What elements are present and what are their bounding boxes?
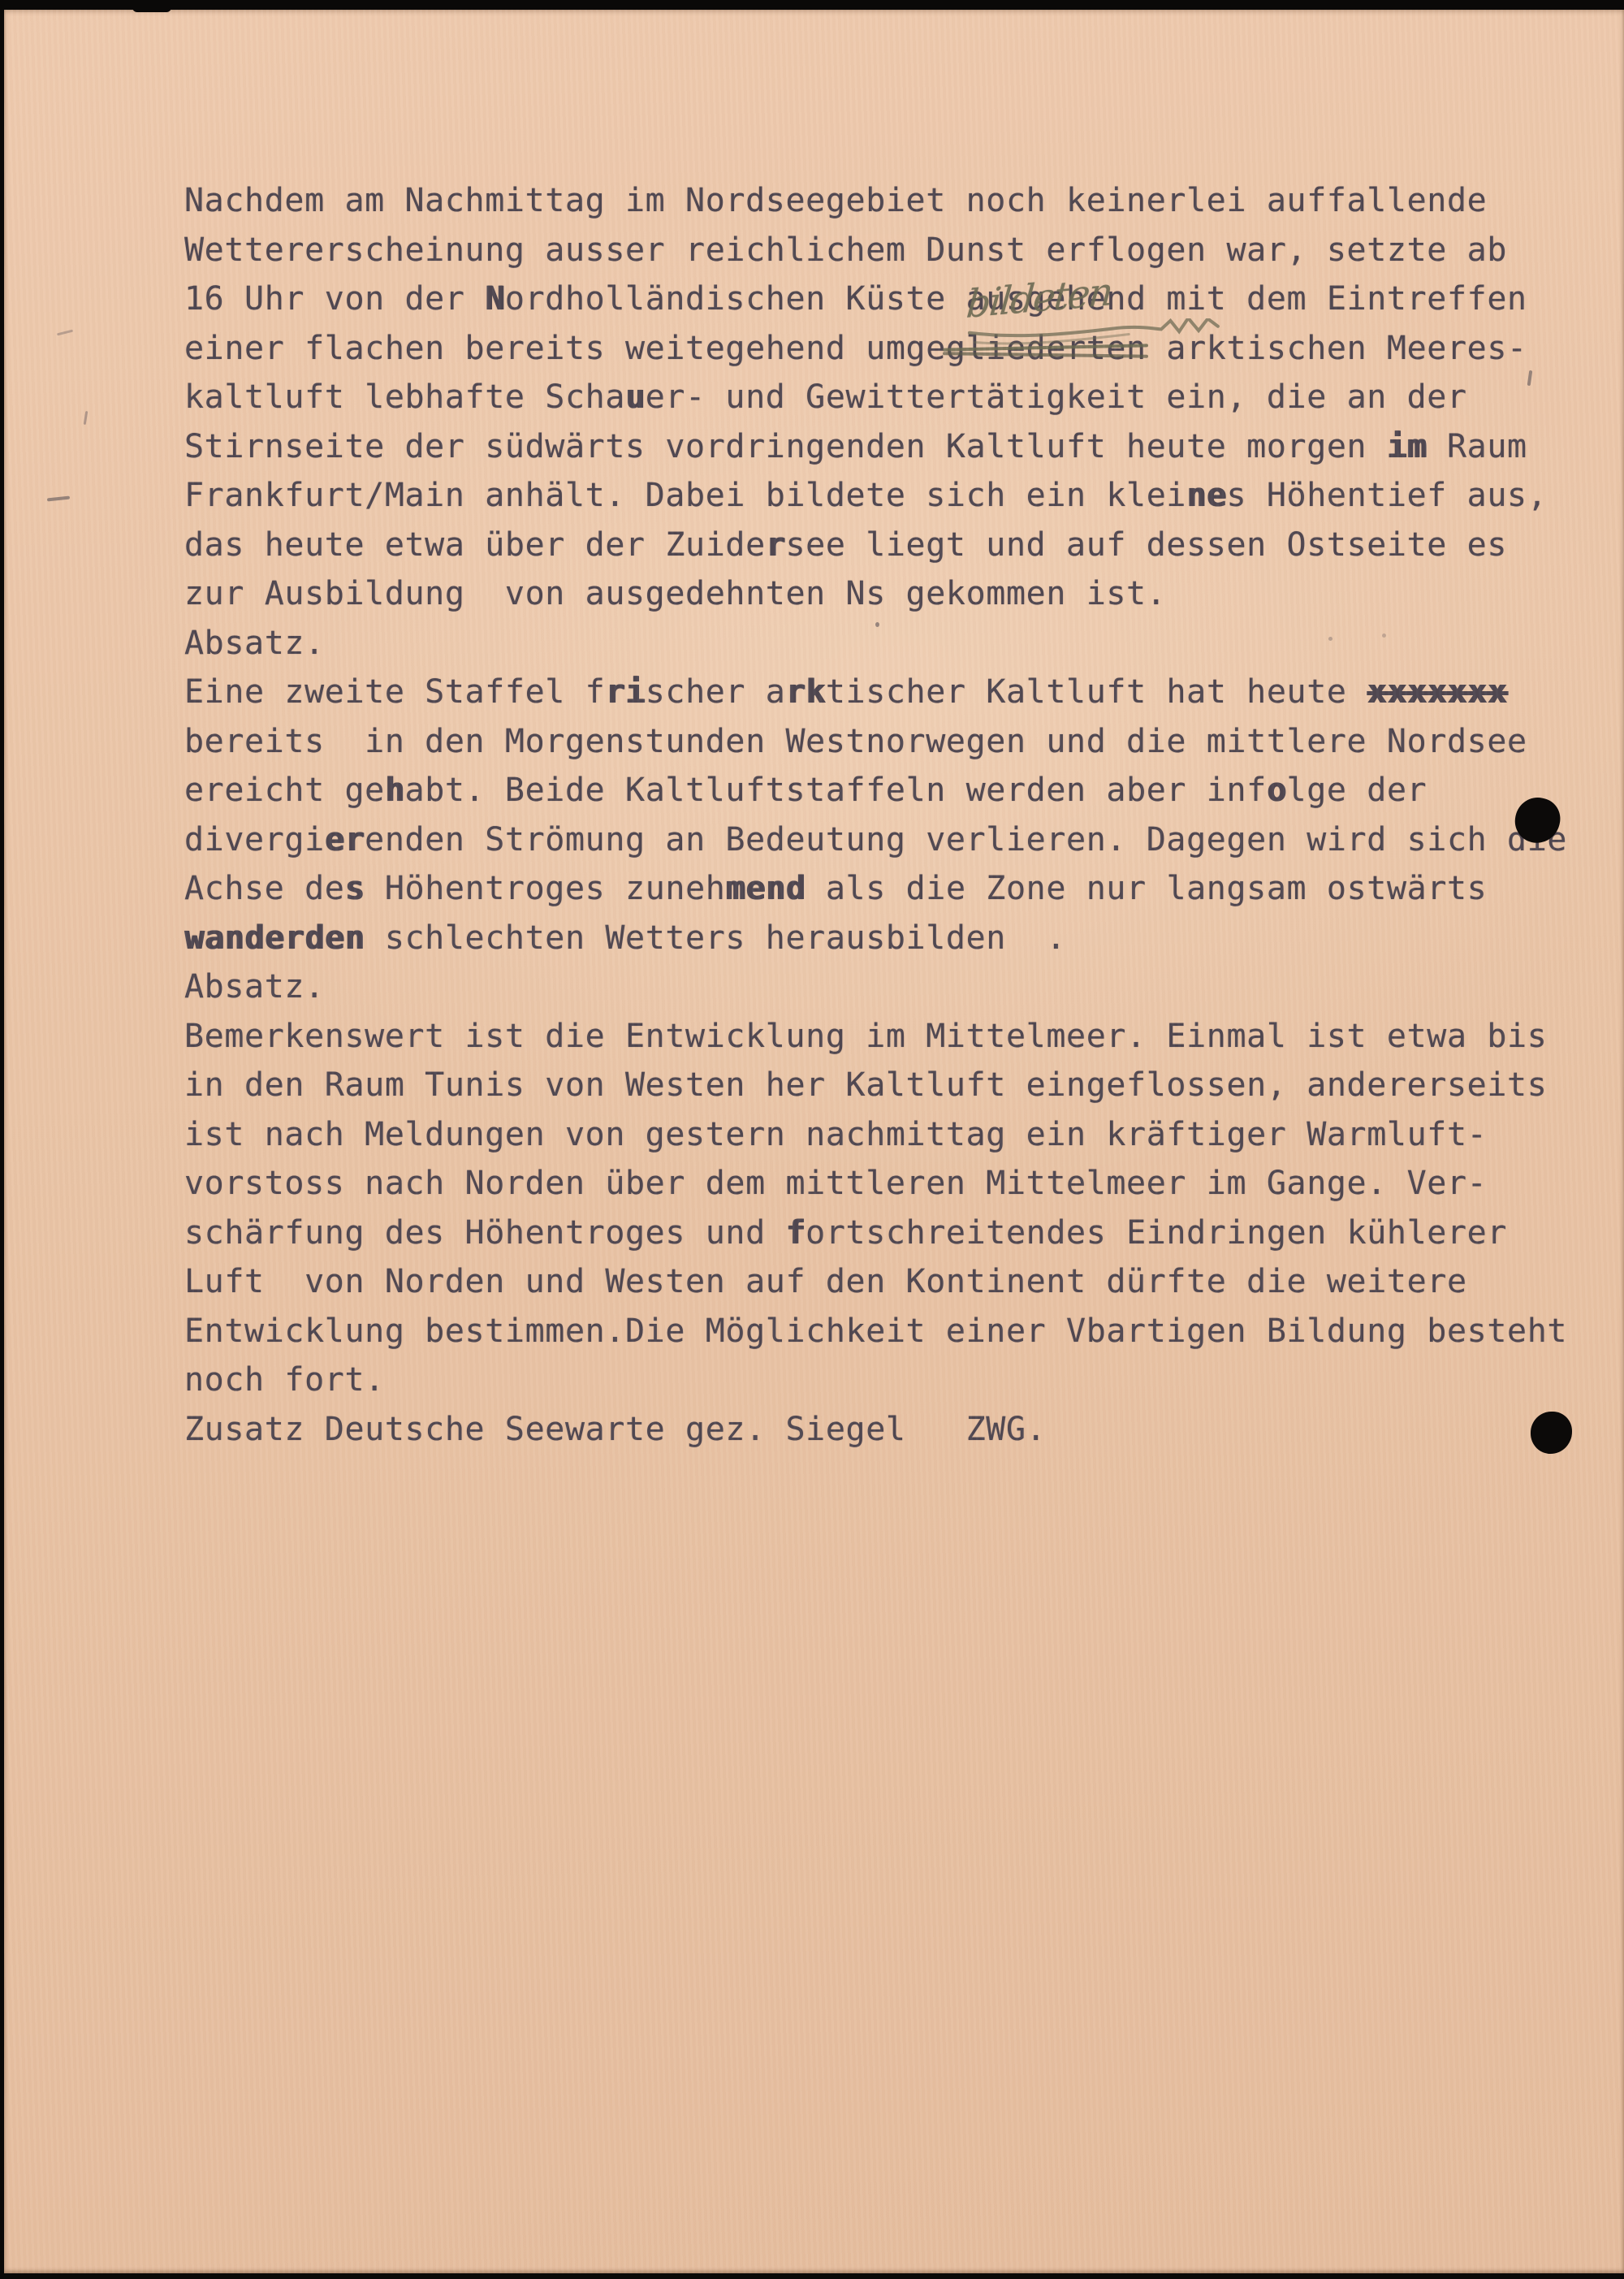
text-line: vorstoss nach Norden über dem mittleren … [184,1159,1581,1209]
typed-text: Absatz. [184,625,325,662]
typed-text: Bemerkenswert ist die Entwicklung im Mit… [184,1018,1547,1055]
typed-text: vorstoss nach Norden über dem mittleren … [184,1165,1487,1202]
text-line: noch fort. [184,1356,1581,1405]
overstruck-text: s [344,870,365,907]
paper-sheet: Nachdem am Nachmittag im Nordseegebiet n… [4,10,1624,2273]
scan-edge-artifact [132,0,171,12]
text-line: Entwicklung bestimmen.Die Möglichkeit ei… [184,1307,1581,1356]
typed-text: lge der [1287,772,1427,809]
typed-text: Entwicklung bestimmen.Die Möglichkeit ei… [184,1312,1567,1350]
text-line: 16 Uhr von der Nordholländischen Küste a… [184,275,1581,324]
text-line: divergierenden Strömung an Bedeutung ver… [184,815,1581,865]
typed-text: Eine zweite Staffel f [184,673,605,711]
typed-text: s Höhentief aus, [1226,477,1547,514]
typed-text: divergi [184,821,325,858]
typed-text: scher a [646,673,786,711]
overstruck-text: er [325,821,365,858]
stray-ink-dot [1382,634,1386,638]
typed-text: als die Zone nur langsam ostwärts [806,870,1487,907]
typed-text: noch fort. [184,1361,385,1399]
typed-text: Absatz. [184,968,325,1005]
overstruck-text: N [485,280,505,318]
text-line: Bemerkenswert ist die Entwicklung im Mit… [184,1012,1581,1062]
typed-text: kaltluft lebhafte Scha [184,378,625,416]
typed-text: Achse de [184,870,344,907]
stray-ink-dot [1328,637,1332,641]
handwriting-underline-squiggle [966,318,1291,359]
overstruck-text: ne [1186,477,1226,514]
typed-text: 16 Uhr von der [184,280,485,318]
typed-text: abt. Beide Kaltluftstaffeln werden aber … [405,772,1267,809]
text-line: Absatz. [184,962,1581,1012]
typed-text: Raum [1427,428,1527,465]
typed-text: das heute etwa über der Zuide [184,526,766,564]
text-line: Frankfurt/Main anhält. Dabei bildete sic… [184,471,1581,521]
overstruck-text: f [785,1214,806,1252]
text-line: Absatz. [184,619,1581,668]
text-line: ist nach Meldungen von gestern nachmitta… [184,1110,1581,1160]
text-line: zur Ausbildung von ausgedehnten Ns gekom… [184,569,1581,619]
text-line: ereicht gehabt. Beide Kaltluftstaffeln w… [184,766,1581,815]
typed-text: Frankfurt/Main anhält. Dabei bildete sic… [184,477,1186,514]
overstruck-text: u [625,378,646,416]
typed-text: Luft von Norden und Westen auf den Konti… [184,1263,1467,1300]
overstruck-text: im [1387,428,1427,465]
text-line: Eine zweite Staffel frischer arktischer … [184,668,1581,717]
typewritten-lines: Nachdem am Nachmittag im Nordseegebiet n… [184,176,1581,1454]
typed-text: Nachdem am Nachmittag im Nordseegebiet n… [184,182,1487,219]
typed-text: in den Raum Tunis von Westen her Kaltluf… [184,1066,1547,1104]
typed-text: er- und Gewittertätigkeit ein, die an de… [646,378,1467,416]
text-line: Achse des Höhentroges zunehmend als die … [184,864,1581,914]
text-line: Nachdem am Nachmittag im Nordseegebiet n… [184,176,1581,226]
text-line: Stirnseite der südwärts vordringenden Ka… [184,422,1581,472]
typed-text: ortschreitendes Eindringen kühlerer [806,1214,1507,1252]
typed-text: zur Ausbildung von ausgedehnten Ns gekom… [184,575,1166,612]
overstruck-text: r [766,526,786,564]
overstruck-text: wanderden [184,919,365,957]
typed-text: bereits in den Morgenstunden Westnorwege… [184,723,1527,760]
overstruck-text: o [1267,772,1287,809]
typed-text: enden Strömung an Bedeutung verlieren. D… [365,821,1567,858]
overstruck-text: mend [725,870,806,907]
typed-text: Zusatz Deutsche Seewarte gez. Siegel ZWG… [184,1411,1046,1448]
overstruck-text: h [385,772,405,809]
typed-text: see liegt und auf dessen Ostseite es [785,526,1507,564]
text-line: Zusatz Deutsche Seewarte gez. Siegel ZWG… [184,1405,1581,1455]
x-ed-out-word: xxxxxxx [1367,673,1507,711]
text-line: schärfung des Höhentroges und fortschrei… [184,1209,1581,1258]
overstruck-text: rk [785,673,825,711]
stray-ink-dot [875,622,879,627]
text-line: Wettererscheinung ausser reichlichem Dun… [184,226,1581,275]
text-line: das heute etwa über der Zuidersee liegt … [184,521,1581,570]
text-line: einer flachen bereits weitegehend umgegl… [184,324,1581,374]
text-line: kaltluft lebhafte Schauer- und Gewittert… [184,373,1581,422]
text-line: bereits in den Morgenstunden Westnorwege… [184,717,1581,767]
typed-text: Stirnseite der südwärts vordringenden Ka… [184,428,1387,465]
typed-text: schärfung des Höhentroges und [184,1214,785,1252]
text-line: in den Raum Tunis von Westen her Kaltluf… [184,1061,1581,1110]
typed-text: Höhentroges zuneh [365,870,725,907]
scanned-document-screenshot: { "colors": { "paper": "#e9c4a6", "ink":… [0,0,1624,2279]
typed-text: Wettererscheinung ausser reichlichem Dun… [184,231,1507,269]
text-line: Luft von Norden und Westen auf den Konti… [184,1257,1581,1307]
overstruck-text: ri [605,673,645,711]
typed-text: schlechten Wetters herausbilden . [365,919,1066,957]
text-line: wanderden schlechten Wetters herausbilde… [184,914,1581,963]
typed-text: tischer Kaltluft hat heute [826,673,1367,711]
typed-text: einer flachen bereits weitegehend umge [184,330,946,367]
typed-text: ist nach Meldungen von gestern nachmitta… [184,1116,1487,1153]
typed-text: ereicht ge [184,772,385,809]
